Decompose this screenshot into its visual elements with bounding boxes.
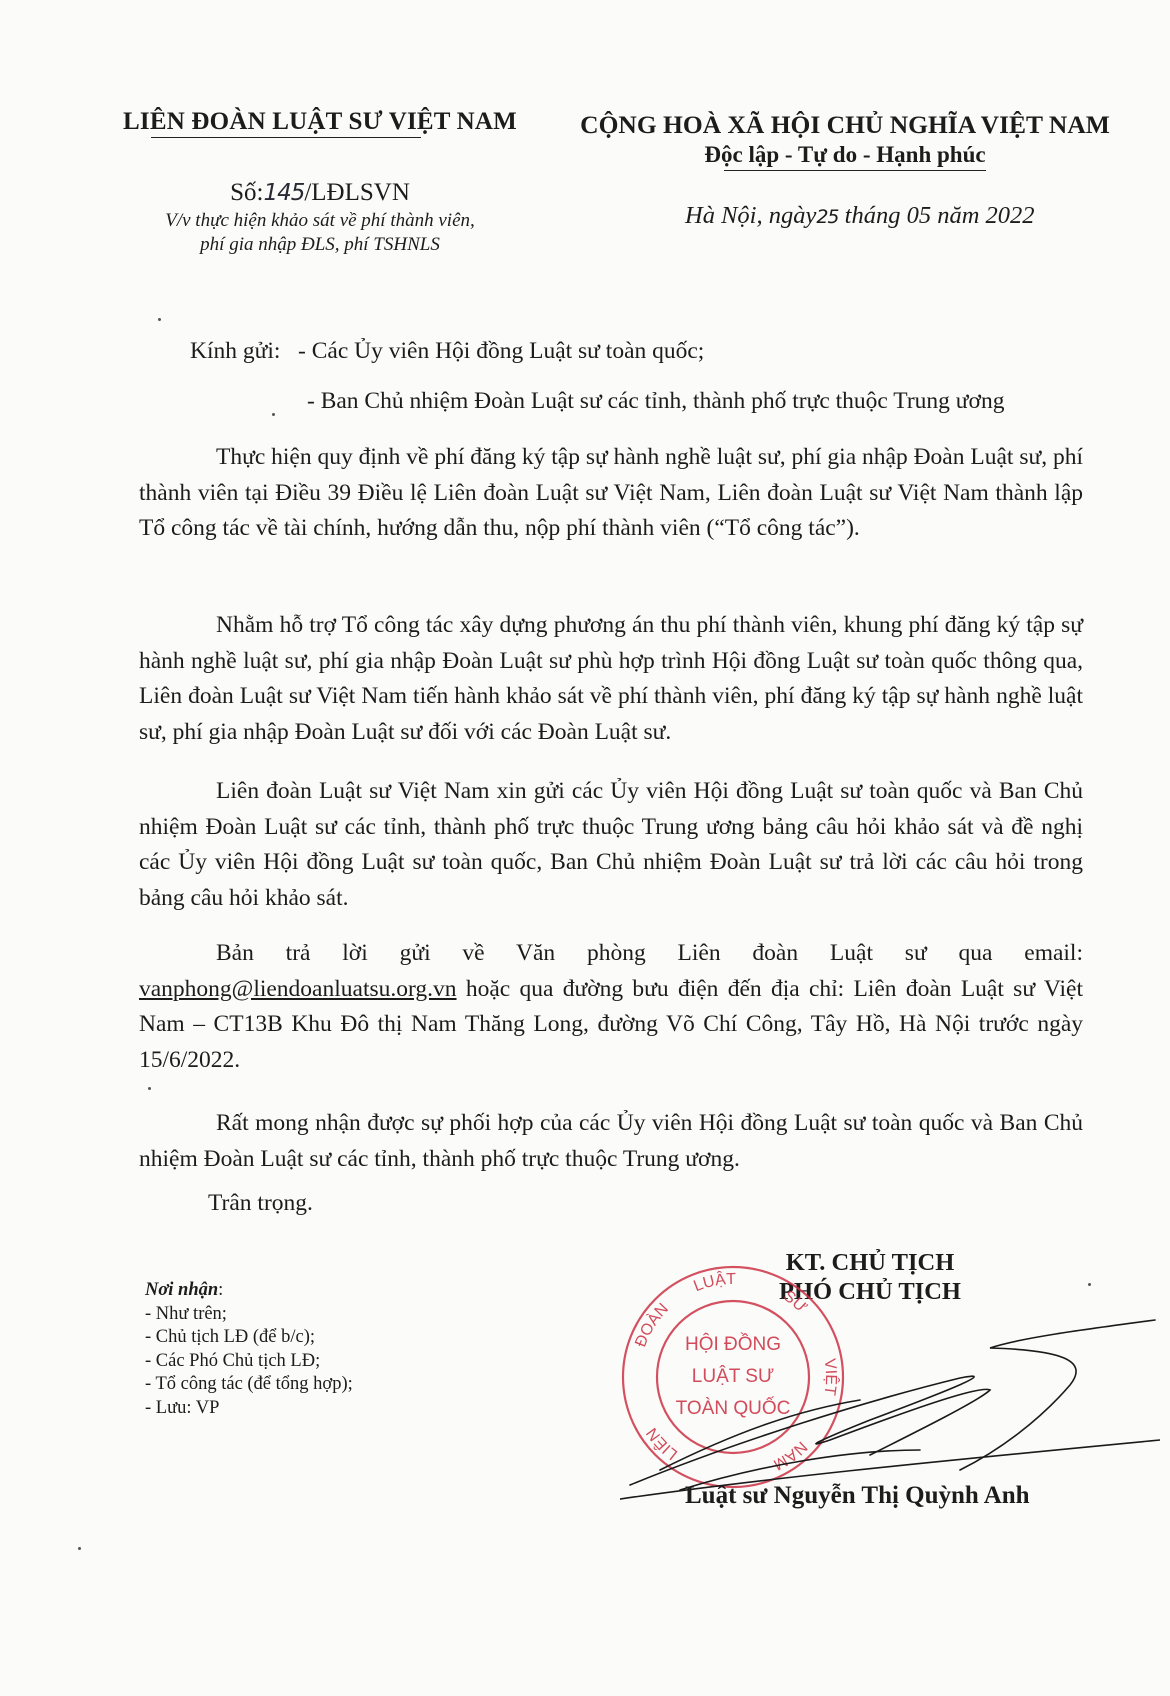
distribution-item: - Các Phó Chủ tịch LĐ; [145,1350,353,1374]
distribution-item: - Chủ tịch LĐ (để b/c); [145,1326,353,1350]
issuer-block: LIÊN ĐOÀN LUẬT SƯ VIỆT NAM Số:145/LĐLSVN… [100,108,540,257]
paragraph-text: Thực hiện quy định về phí đăng ký tập sự… [139,440,1083,547]
distribution-item: - Lưu: VP [145,1397,353,1421]
document-number: Số:145/LĐLSVN [100,179,540,207]
scan-speck [272,413,275,416]
distribution-item: - Tổ công tác (để tổng hợp); [145,1373,353,1397]
paragraph-text: Rất mong nhận được sự phối hợp của các Ủ… [139,1106,1083,1177]
subject-line-2: phí gia nhập ĐLS, phí TSHNLS [100,233,540,257]
reply-text-before: Bản trả lời gửi về Văn phòng Liên đoàn L… [216,940,1083,966]
doc-number-prefix: Số: [230,179,263,206]
scan-speck [158,318,161,321]
paragraph-text: Bản trả lời gửi về Văn phòng Liên đoàn L… [139,936,1083,1078]
paragraph-text: Nhằm hỗ trợ Tổ công tác xây dựng phương … [139,608,1083,750]
recipients-label: Kính gửi: [190,338,280,364]
scan-speck [78,1547,81,1550]
organization-underline [151,137,421,139]
organization-name: LIÊN ĐOÀN LUẬT SƯ VIỆT NAM [123,108,517,136]
body-paragraph-1: Thực hiện quy định về phí đăng ký tập sự… [139,440,1083,547]
distribution-list: Nơi nhận: - Như trên; - Chủ tịch LĐ (để … [145,1279,353,1420]
distribution-title: Nơi nhận [145,1280,218,1300]
place-date-suffix: tháng 05 năm 2022 [839,202,1035,229]
organization-text: LIÊN ĐOÀN LUẬT SƯ VIỆT NAM [123,108,517,135]
recipients-row-1: Kính gửi: - Các Ủy viên Hội đồng Luật sư… [190,338,704,365]
signer-name: Luật sư Nguyễn Thị Quỳnh Anh [685,1482,1030,1510]
place-date-prefix: Hà Nội, ngày [685,202,816,229]
recipient-item: - Các Ủy viên Hội đồng Luật sư toàn quốc… [298,338,704,364]
scan-speck [1088,1283,1091,1286]
body-paragraph-2: Nhằm hỗ trợ Tổ công tác xây dựng phương … [139,608,1083,750]
distribution-item: - Như trên; [145,1303,353,1327]
day-handwritten: 25 [816,206,838,228]
doc-number-handwritten: 145 [263,180,304,206]
body-paragraph-3: Liên đoàn Luật sư Việt Nam xin gửi các Ủ… [139,774,1083,916]
subject-line-1: V/v thực hiện khảo sát về phí thành viên… [100,209,540,233]
scan-speck [148,1087,151,1090]
email-link[interactable]: vanphong@liendoanluatsu.org.vn [139,976,457,1002]
subject: V/v thực hiện khảo sát về phí thành viên… [100,209,540,257]
body-paragraph-closing: Rất mong nhận được sự phối hợp của các Ủ… [139,1106,1083,1177]
recipients-row-2: - Ban Chủ nhiệm Đoàn Luật sư các tỉnh, t… [307,388,1004,415]
body-paragraph-reply: Bản trả lời gửi về Văn phòng Liên đoàn L… [139,936,1083,1078]
recipient-item: - Ban Chủ nhiệm Đoàn Luật sư các tỉnh, t… [307,388,1004,414]
place-and-date: Hà Nội, ngày25 tháng 05 năm 2022 [685,202,1035,230]
national-motto: Độc lập - Tự do - Hạnh phúc [704,142,985,168]
nation-title: CỘNG HOÀ XÃ HỘI CHỦ NGHĨA VIỆT NAM [560,110,1130,140]
national-header: CỘNG HOÀ XÃ HỘI CHỦ NGHĨA VIỆT NAM Độc l… [560,110,1130,168]
paragraph-text: Liên đoàn Luật sư Việt Nam xin gửi các Ủ… [139,774,1083,916]
regards: Trân trọng. [208,1190,313,1217]
doc-number-suffix: /LĐLSVN [304,179,410,206]
